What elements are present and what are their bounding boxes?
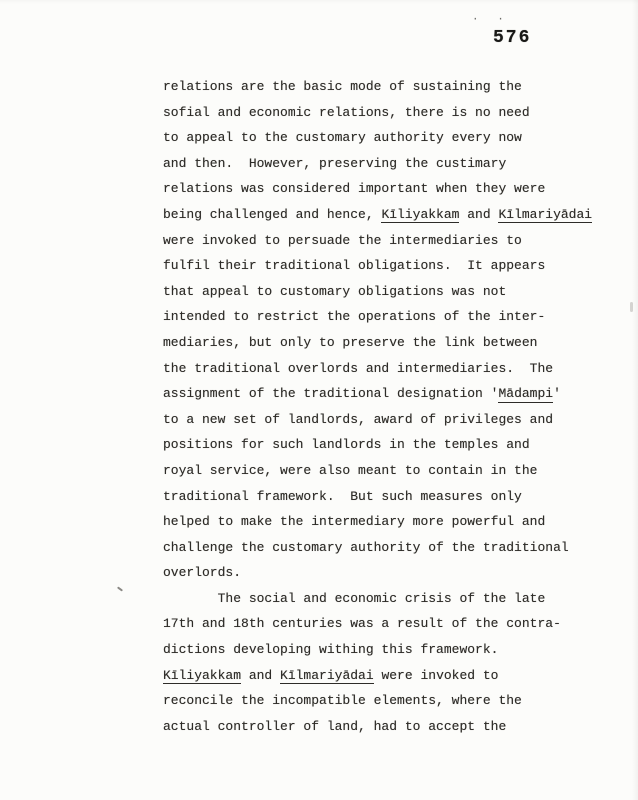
text-line: dictions developing withing this framewo… [163,637,603,663]
text-segment: royal service, were also meant to contai… [163,463,537,478]
text-segment: and then. However, preserving the custim… [163,156,506,171]
text-segment: The social and economic crisis of the la… [163,591,545,606]
text-line: positions for such landlords in the temp… [163,432,603,458]
text-segment: being challenged and hence, [163,207,381,222]
stray-pen-mark [117,586,123,591]
text-segment: assignment of the traditional designatio… [163,386,498,401]
text-segment: positions for such landlords in the temp… [163,437,530,452]
text-segment: helped to make the intermediary more pow… [163,514,545,529]
edge-scan-speck [630,302,633,312]
text-line: the traditional overlords and intermedia… [163,356,603,382]
underlined-term: Kīlmariyādai [498,207,592,224]
text-line: overlords. [163,560,603,586]
underlined-term: Mādampi [498,386,553,403]
text-segment: were invoked to persuade the intermediar… [163,233,522,248]
underlined-term: Kīliyakkam [381,207,459,224]
scan-specks: · · [472,14,510,26]
text-block: relations are the basic mode of sustaini… [163,74,603,739]
text-segment: actual controller of land, had to accept… [163,719,506,734]
text-segment: overlords. [163,565,241,580]
text-line: mediaries, but only to preserve the link… [163,330,603,356]
text-line: being challenged and hence, Kīliyakkam a… [163,202,603,228]
text-line: actual controller of land, had to accept… [163,714,603,740]
page-number: 576 [493,28,531,48]
text-segment: and [241,668,280,683]
text-line: to appeal to the customary authority eve… [163,125,603,151]
text-line: royal service, were also meant to contai… [163,458,603,484]
text-line: challenge the customary authority of the… [163,535,603,561]
text-line: reconcile the incompatible elements, whe… [163,688,603,714]
text-line: helped to make the intermediary more pow… [163,509,603,535]
text-segment: intended to restrict the operations of t… [163,309,545,324]
text-segment: to appeal to the customary authority eve… [163,130,522,145]
text-segment: sofial and economic relations, there is … [163,105,530,120]
text-line: that appeal to customary obligations was… [163,279,603,305]
text-line: assignment of the traditional designatio… [163,381,603,407]
text-segment: reconcile the incompatible elements, whe… [163,693,522,708]
underlined-term: Kīlmariyādai [280,668,374,685]
text-segment: dictions developing withing this framewo… [163,642,498,657]
paragraph: The social and economic crisis of the la… [163,586,603,740]
scanned-page: · · 576 relations are the basic mode of … [0,0,638,800]
text-segment: relations was considered important when … [163,181,545,196]
text-segment: that appeal to customary obligations was… [163,284,506,299]
text-line: 17th and 18th centuries was a result of … [163,611,603,637]
text-segment: 17th and 18th centuries was a result of … [163,616,561,631]
text-line: intended to restrict the operations of t… [163,304,603,330]
text-line: fulfil their traditional obligations. It… [163,253,603,279]
text-line: relations was considered important when … [163,176,603,202]
text-line: traditional framework. But such measures… [163,484,603,510]
text-segment: and [459,207,498,222]
text-segment: traditional framework. But such measures… [163,489,522,504]
text-segment: ' [553,386,561,401]
text-segment: mediaries, but only to preserve the link… [163,335,537,350]
text-segment: were invoked to [374,668,499,683]
text-segment: to a new set of landlords, award of priv… [163,412,553,427]
text-line: were invoked to persuade the intermediar… [163,228,603,254]
text-segment: relations are the basic mode of sustaini… [163,79,522,94]
text-line: Kīliyakkam and Kīlmariyādai were invoked… [163,663,603,689]
paragraph: relations are the basic mode of sustaini… [163,74,603,586]
text-line: to a new set of landlords, award of priv… [163,407,603,433]
text-segment: challenge the customary authority of the… [163,540,569,555]
text-segment: the traditional overlords and intermedia… [163,361,553,376]
text-line: relations are the basic mode of sustaini… [163,74,603,100]
text-line: The social and economic crisis of the la… [163,586,603,612]
text-segment: fulfil their traditional obligations. It… [163,258,545,273]
text-line: and then. However, preserving the custim… [163,151,603,177]
text-line: sofial and economic relations, there is … [163,100,603,126]
underlined-term: Kīliyakkam [163,668,241,685]
